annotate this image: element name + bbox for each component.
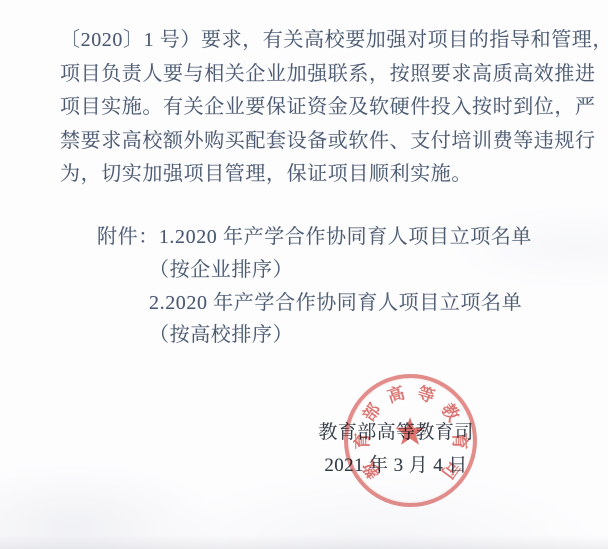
seal-arc-text: 教育部高等教育司 — [344, 374, 477, 507]
body-text-line: 〔2020〕1 号）要求，有关高校要加强对项目的指导和管理， — [60, 24, 596, 58]
document-page: 〔2020〕1 号）要求，有关高校要加强对项目的指导和管理， 项目负责人要与相关… — [0, 0, 608, 549]
seal-arc-char: 育 — [349, 430, 371, 452]
seal-arc-char: 等 — [412, 378, 440, 406]
attachments-section: 附件：1.2020 年产学合作协同育人项目立项名单 （按企业排序） 2.2020… — [97, 221, 532, 352]
seal-arc-char: 教 — [354, 455, 385, 486]
attachment-1-title: 1.2020 年产学合作协同育人项目立项名单 — [159, 226, 532, 248]
body-paragraph: 〔2020〕1 号）要求，有关高校要加强对项目的指导和管理， 项目负责人要与相关… — [60, 24, 596, 192]
body-text-line: 项目实施。有关企业要保证资金及软硬件投入按时到位，严 — [60, 91, 596, 125]
attachments-label: 附件： — [97, 226, 159, 248]
attachment-row: 附件：1.2020 年产学合作协同育人项目立项名单 — [97, 221, 532, 254]
body-text-line: 为，切实加强项目管理，保证项目顺利实施。 — [60, 158, 596, 192]
seal-arc-char: 育 — [451, 430, 473, 452]
seal-arc-char: 司 — [436, 455, 467, 486]
official-seal: 教育部高等教育司 — [344, 374, 477, 507]
body-text-line: 禁要求高校额外购买配套设备或软件、支付培训费等违规行 — [60, 125, 596, 159]
attachment-2-title: 2.2020 年产学合作协同育人项目立项名单 — [149, 287, 532, 320]
seal-arc-char: 高 — [381, 378, 409, 406]
attachment-1-note: （按企业排序） — [149, 254, 532, 287]
seal-arc-char: 部 — [354, 395, 385, 426]
attachment-2-note: （按高校排序） — [149, 319, 532, 352]
seal-arc-char: 教 — [436, 395, 467, 426]
body-text-line: 项目负责人要与相关企业加强联系，按照要求高质高效推进 — [60, 58, 596, 92]
